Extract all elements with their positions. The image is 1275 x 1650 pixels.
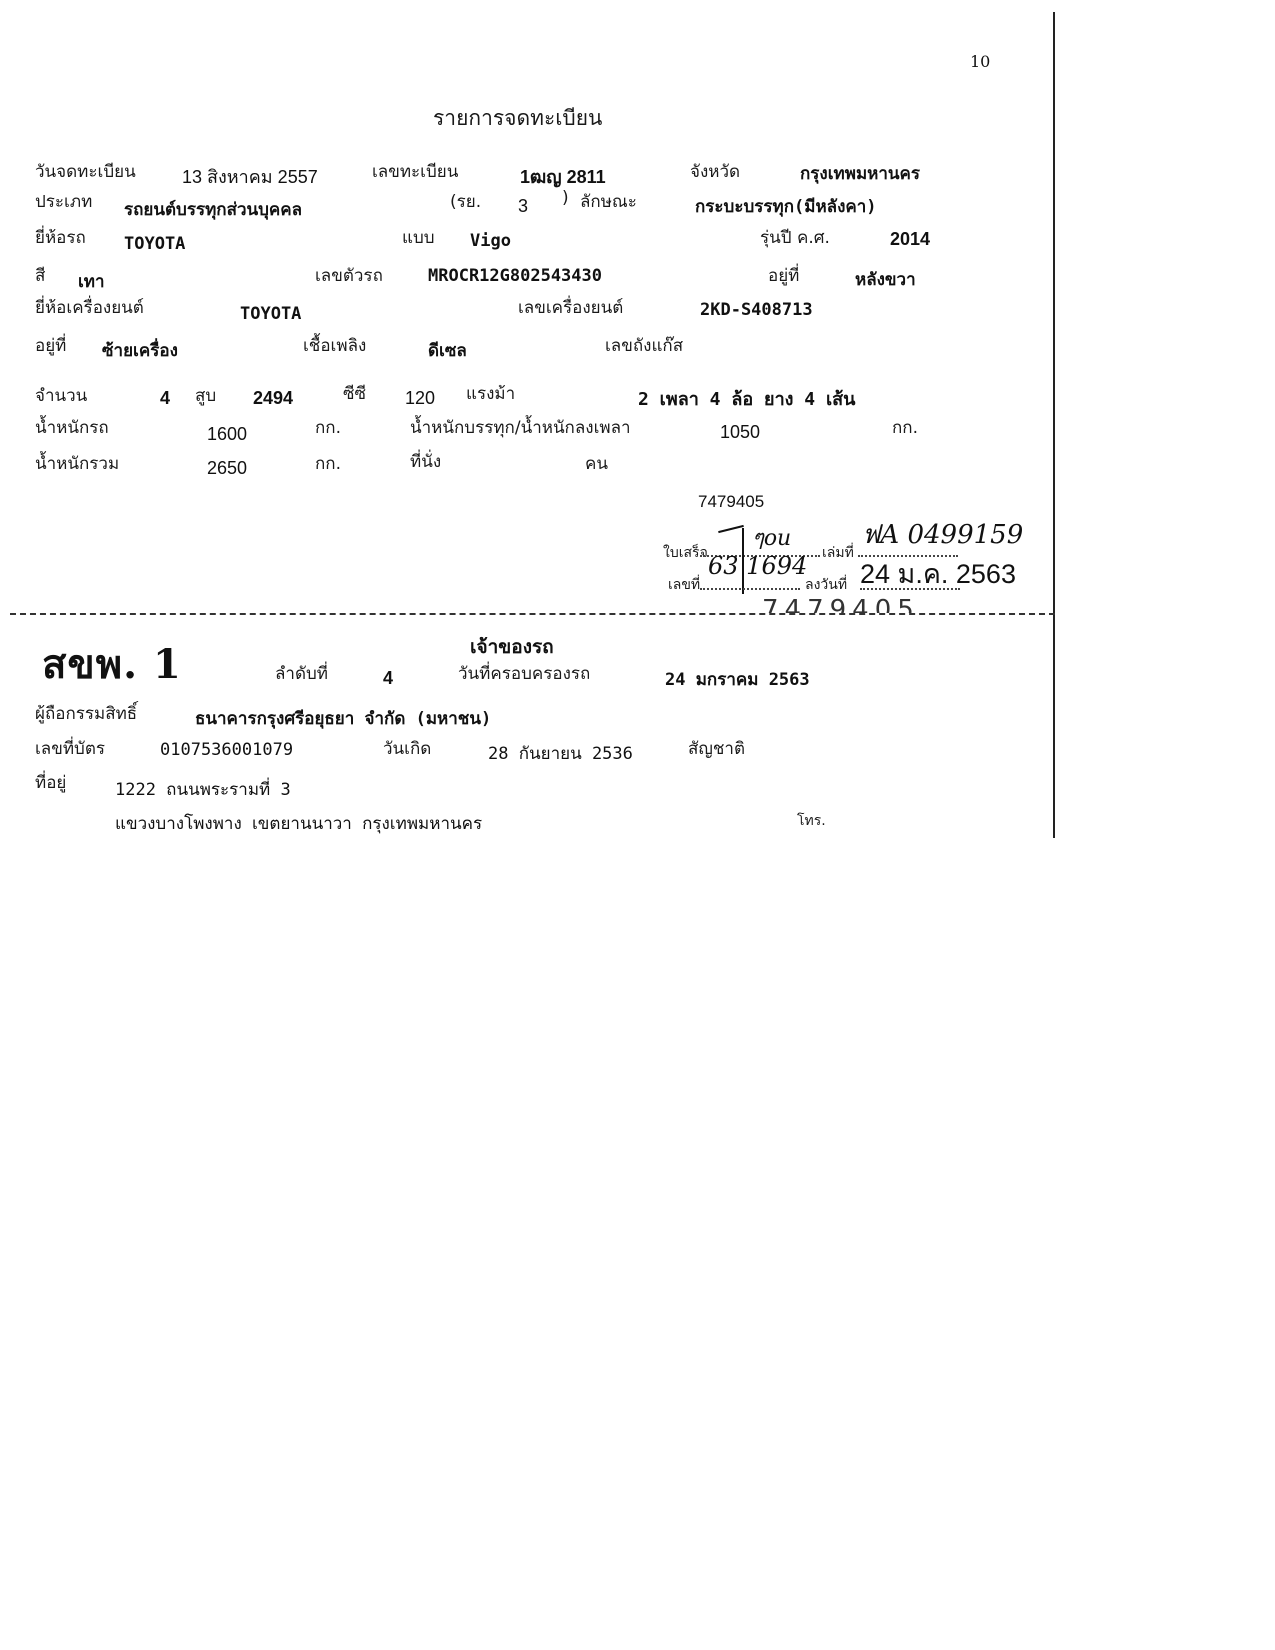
book-label: เล่มที่	[822, 542, 854, 564]
address-label: ที่อยู่	[35, 769, 66, 796]
ry-label-close: )	[562, 188, 569, 208]
total-weight-label: น้ำหนักรวม	[35, 450, 119, 477]
vehicle-weight-unit: กก.	[315, 414, 341, 441]
owner-section-title: เจ้าของรถ	[470, 632, 554, 662]
province-value: กรุงเทพมหานคร	[800, 160, 920, 187]
handwritten-stroke	[718, 525, 744, 533]
color-label: สี	[35, 262, 45, 289]
brand-value: TOYOTA	[124, 234, 185, 254]
vehicle-weight-label: น้ำหนักรถ	[35, 414, 109, 441]
vehicle-weight-value: 1600	[207, 424, 247, 445]
page-number: 10	[970, 52, 990, 71]
id-no-label: เลขที่บัตร	[35, 735, 105, 762]
axles-value: 2 เพลา 4 ล้อ ยาง 4 เส้น	[638, 384, 855, 413]
load-weight-value: 1050	[720, 422, 760, 443]
total-weight-unit: กก.	[315, 450, 341, 477]
cylinders-value: 4	[160, 388, 170, 409]
gas-tank-label: เลขถังแก๊ส	[605, 332, 683, 359]
engine-no-value: 2KD-S408713	[700, 300, 813, 320]
engine-location-value: ซ้ายเครื่อง	[102, 337, 178, 364]
style-value: กระบะบรรทุก(มีหลังคา)	[695, 193, 877, 220]
possession-date-value: 24 มกราคม 2563	[665, 666, 810, 693]
chassis-value: MROCR12G802543430	[428, 266, 602, 286]
model-year-label: รุ่นปี ค.ศ.	[760, 224, 830, 251]
model-label: แบบ	[402, 224, 435, 251]
chassis-label: เลขตัวรถ	[315, 262, 383, 289]
fuel-value: ดีเซล	[428, 337, 467, 364]
possession-date-label: วันที่ครอบครองรถ	[458, 660, 590, 687]
birth-date-label: วันเกิด	[383, 735, 431, 762]
reg-date-label: วันจดทะเบียน	[35, 158, 136, 185]
total-weight-value: 2650	[207, 458, 247, 479]
color-value: เทา	[78, 268, 105, 295]
address-line1: 1222 ถนนพระรามที่ 3	[115, 776, 291, 803]
ry-value: 3	[518, 196, 528, 217]
reg-date-value: 13 สิงหาคม 2557	[182, 162, 318, 191]
form-code: สขพ. 1	[42, 632, 182, 696]
engine-brand-label: ยี่ห้อเครื่องยนต์	[35, 294, 144, 321]
engine-no-label: เลขเครื่องยนต์	[518, 294, 623, 321]
date-value: 24 ม.ค. 2563	[860, 552, 1016, 595]
province-label: จังหวัด	[690, 158, 740, 185]
seats-label: ที่นั่ง	[410, 448, 441, 475]
cylinders-unit: สูบ	[195, 382, 216, 409]
type-label: ประเภท	[35, 188, 92, 215]
section-divider	[10, 613, 1055, 615]
cc-unit: ซีซี	[343, 380, 366, 407]
receipt-value: ๆou	[752, 520, 791, 555]
stamp-number-repeat: 7479405	[762, 595, 920, 613]
style-label: ลักษณะ	[580, 188, 637, 215]
book-value: ฟA 0499159	[862, 514, 1023, 555]
stamp-number: 7479405	[698, 492, 764, 512]
ry-label-open: (รย.	[450, 188, 481, 215]
right-margin-line	[1053, 12, 1055, 838]
brand-label: ยี่ห้อรถ	[35, 224, 86, 251]
phone-label: โทร.	[797, 810, 826, 832]
hp-value: 120	[405, 388, 435, 409]
sequence-label: ลำดับที่	[275, 660, 328, 687]
cc-value: 2494	[253, 388, 293, 409]
registration-title: รายการจดทะเบียน	[433, 102, 602, 135]
receipt-label: ใบเสร็จ	[663, 542, 708, 564]
chassis-location-value: หลังขวา	[855, 266, 916, 293]
number-dotted-line	[700, 588, 800, 590]
birth-date-value: 28 กันยายน 2536	[488, 740, 633, 767]
id-no-value: 0107536001079	[160, 740, 293, 760]
holder-label: ผู้ถือกรรมสิทธิ์	[35, 700, 137, 727]
chassis-location-label: อยู่ที่	[768, 262, 799, 289]
address-line2: แขวงบางโพงพาง เขตยานนาวา กรุงเทพมหานคร	[115, 810, 482, 837]
cylinders-label: จำนวน	[35, 382, 87, 409]
engine-brand-value: TOYOTA	[240, 304, 301, 324]
holder-value: ธนาคารกรุงศรีอยุธยา จำกัด (มหาชน)	[195, 705, 491, 732]
load-weight-unit: กก.	[892, 414, 918, 441]
sequence-value: 4	[383, 668, 393, 689]
model-value: Vigo	[470, 231, 511, 251]
plate-label: เลขทะเบียน	[372, 158, 458, 185]
hp-unit: แรงม้า	[466, 380, 515, 407]
plate-value: 1ฒญ 2811	[520, 162, 606, 191]
fuel-label: เชื้อเพลิง	[303, 332, 366, 359]
load-weight-label: น้ำหนักบรรทุก/น้ำหนักลงเพลา	[410, 414, 631, 441]
date-label: ลงวันที่	[805, 574, 847, 596]
number-value: 63 1694	[708, 552, 807, 580]
nationality-label: สัญชาติ	[688, 735, 745, 762]
number-label: เลขที่	[668, 574, 700, 596]
type-value: รถยนต์บรรทุกส่วนบุคคล	[124, 196, 302, 223]
engine-location-label: อยู่ที่	[35, 332, 66, 359]
model-year-value: 2014	[890, 229, 930, 250]
seats-unit: คน	[585, 450, 608, 477]
